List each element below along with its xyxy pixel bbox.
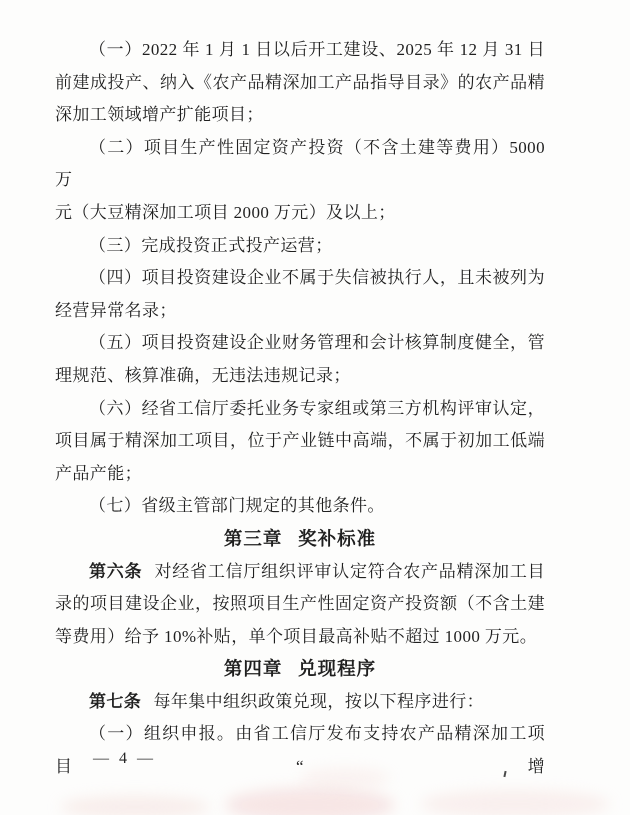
doc-line: 等费用）给予 10%补贴，单个项目最高补贴不超过 1000 万元。 (55, 621, 545, 654)
article-line: 第六条对经省工信厅组织评审认定符合农产品精深加工目 (55, 556, 545, 589)
article-line: 第七条每年集中组织政策兑现，按以下程序进行： (55, 686, 545, 719)
chapter-heading: 第四章兑现程序 (55, 653, 545, 686)
doc-line: 项目属于精深加工项目，位于产业链中高端，不属于初加工低端 (55, 425, 545, 458)
page-number: — 4 — (93, 750, 156, 768)
doc-line: （一）2022 年 1 月 1 日以后开工建设、2025 年 12 月 31 日 (55, 34, 545, 67)
scanned-document-page: （一）2022 年 1 月 1 日以后开工建设、2025 年 12 月 31 日… (0, 0, 630, 815)
doc-line: （七）省级主管部门规定的其他条件。 (55, 490, 545, 523)
doc-line: （二）项目生产性固定资产投资（不含土建等费用）5000 万 (55, 132, 545, 197)
doc-line: 元（大豆精深加工项目 2000 万元）及以上； (55, 197, 545, 230)
doc-line: 深加工领域增产扩能项目； (55, 99, 545, 132)
doc-line: （五）项目投资建设企业财务管理和会计核算制度健全，管 (55, 327, 545, 360)
doc-line: 前建成投产、纳入《农产品精深加工产品指导目录》的农产品精 (55, 67, 545, 100)
chapter-heading: 第三章奖补标准 (55, 523, 545, 556)
article-number: 第六条 (89, 562, 142, 581)
doc-line: （六）经省工信厅委托业务专家组或第三方机构评审认定， (55, 393, 545, 426)
doc-line: 录的项目建设企业，按照项目生产性固定资产投资额（不含土建 (55, 588, 545, 621)
doc-line: 产品产能； (55, 458, 545, 491)
chapter-title: 奖补标准 (282, 528, 376, 549)
chapter-title: 兑现程序 (282, 658, 376, 679)
doc-line: 理规范、核算准确，无违法违规记录； (55, 360, 545, 393)
document-body: （一）2022 年 1 月 1 日以后开工建设、2025 年 12 月 31 日… (55, 34, 545, 784)
doc-line: （四）项目投资建设企业不属于失信被执行人，且未被列为 (55, 262, 545, 295)
chapter-number: 第四章 (224, 658, 283, 679)
chapter-number: 第三章 (224, 528, 283, 549)
scan-artifact (420, 790, 610, 815)
scan-artifact (225, 788, 395, 815)
scan-artifact (60, 796, 210, 815)
article-text: 每年集中组织政策兑现，按以下程序进行： (153, 692, 484, 711)
article-number: 第七条 (89, 692, 141, 711)
doc-line: 经营异常名录； (55, 295, 545, 328)
article-text: 对经省工信厅组织评审认定符合农产品精深加工目 (155, 562, 545, 581)
doc-line: （三）完成投资正式投产运营； (55, 230, 545, 263)
